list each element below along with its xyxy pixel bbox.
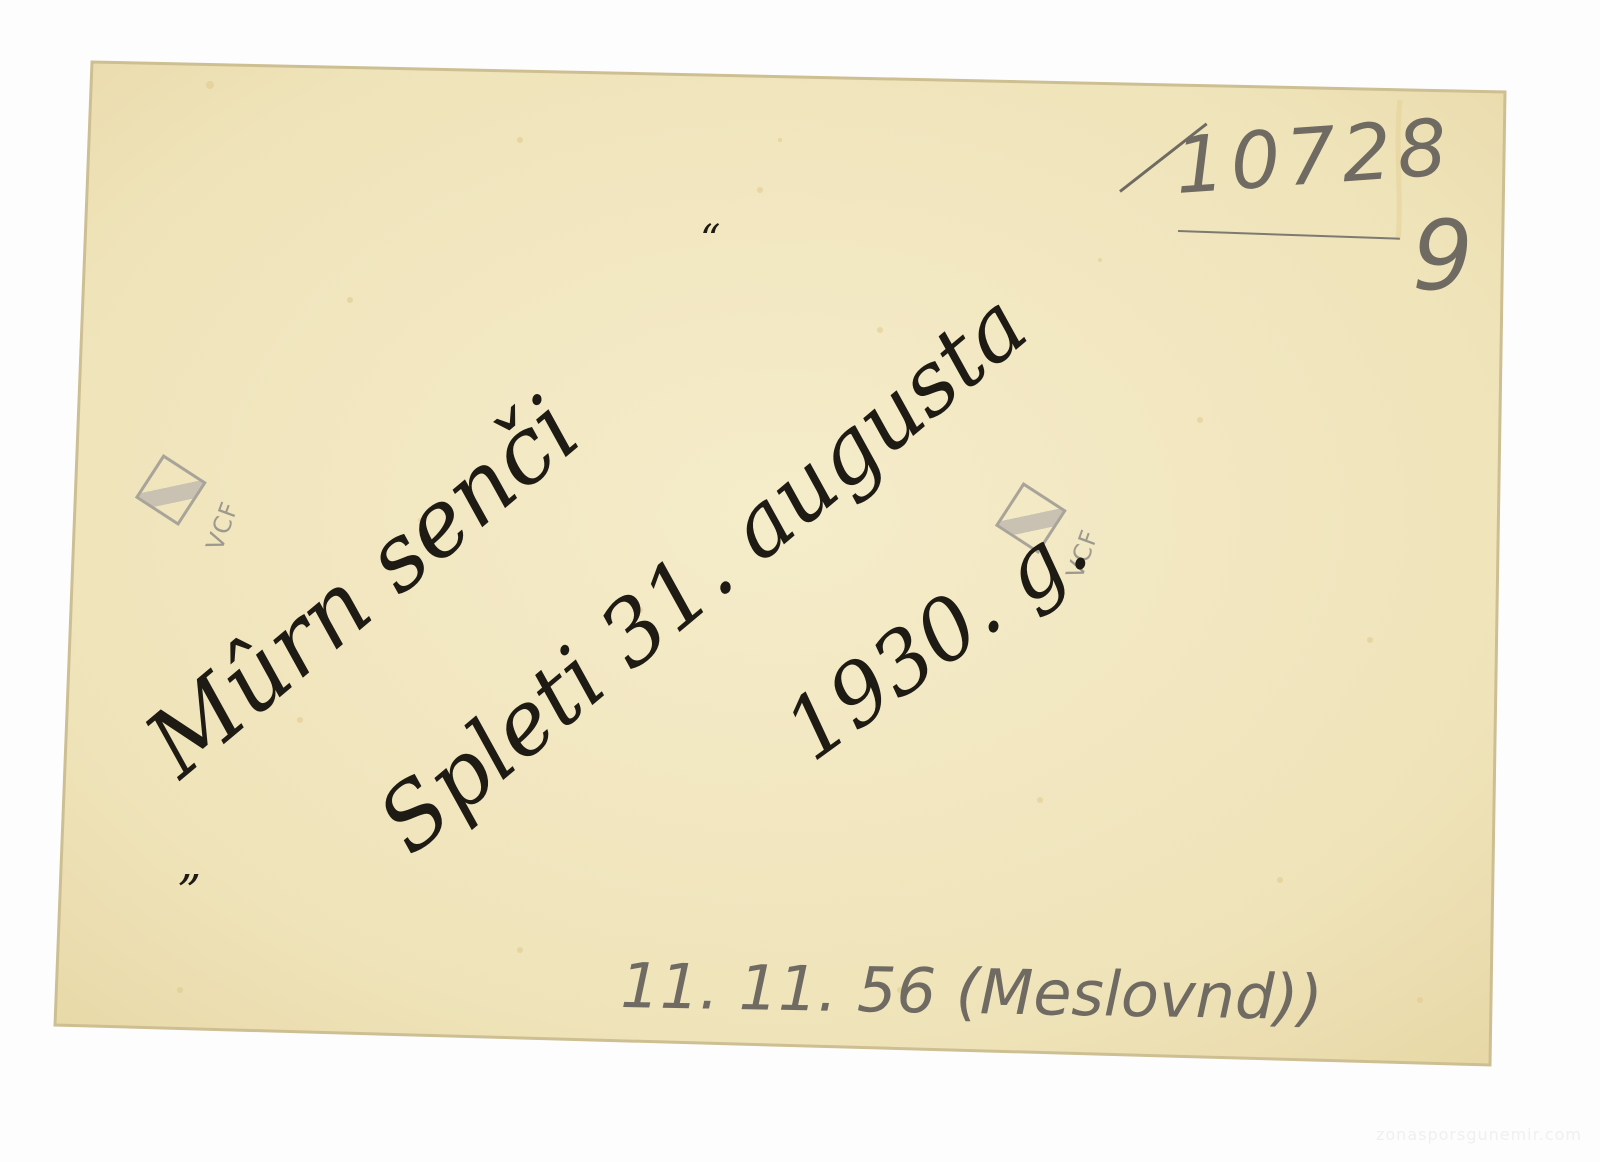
scan-stage: 10728 9 VCF VCF „ Mûrn senči “ Spleti 31… bbox=[0, 0, 1600, 1162]
quote-close: “ bbox=[700, 220, 720, 260]
pencil-note: 11. 11. 56 (Meslovnd)) bbox=[620, 955, 1323, 1029]
archive-suffix: 9 bbox=[1412, 208, 1473, 304]
archive-number: 10728 bbox=[1173, 109, 1456, 206]
quote-open: „ bbox=[178, 840, 202, 886]
watermark: zonasporsgunemir.com bbox=[1376, 1125, 1582, 1144]
